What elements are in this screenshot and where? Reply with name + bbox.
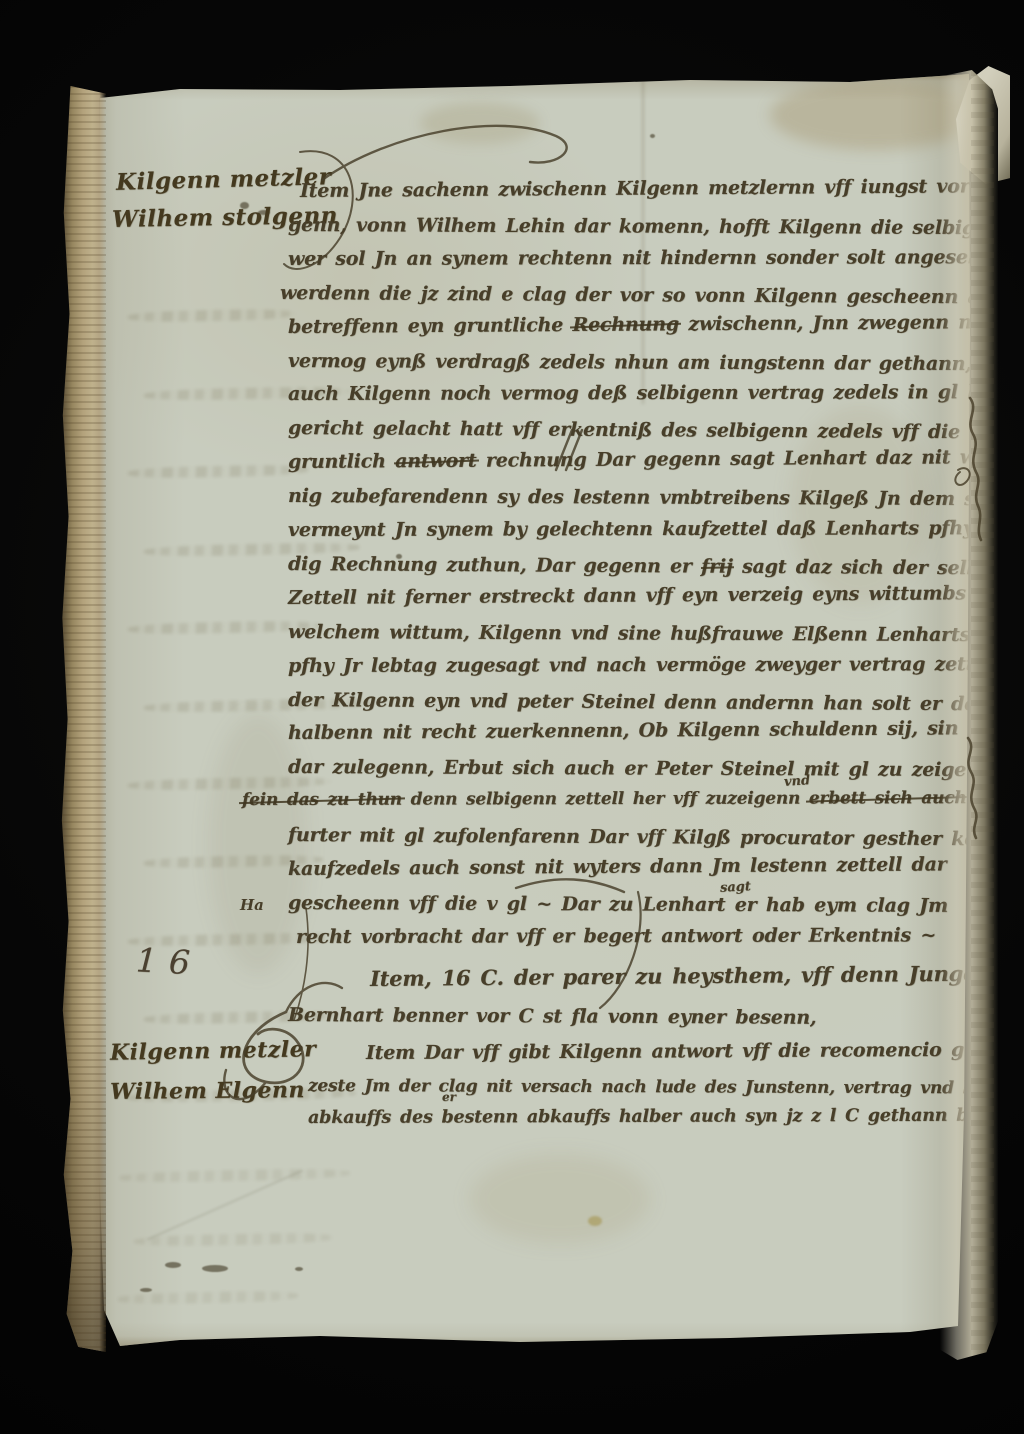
- ink-smudge: [140, 1288, 152, 1292]
- manuscript-line: gruntlich antwort rechnung Dar gegenn sa…: [288, 446, 970, 473]
- manuscript-line: dar zulegenn, Erbut sich auch er Peter S…: [288, 756, 970, 781]
- margin-number: 16: [135, 940, 203, 982]
- struck-word: frij: [701, 555, 733, 577]
- manuscript-line: genn, vonn Wilhem Lehin dar komenn, hoff…: [288, 214, 970, 239]
- interlinear-insertion: er: [442, 1090, 456, 1104]
- manuscript-line: vermog eynß verdragß zedels nhun am iung…: [288, 350, 970, 375]
- paper-stain: [588, 1216, 602, 1226]
- manuscript-line: kaufzedels auch sonst nit wyters dann Jm…: [288, 853, 947, 880]
- margin-note-bottom-line2: Wilhem Elgenn: [110, 1077, 305, 1105]
- paper-stain: [420, 102, 540, 144]
- ink-smudge: [165, 1262, 181, 1268]
- page-fore-edge: [940, 70, 998, 1360]
- paper-stain: [470, 1154, 650, 1244]
- manuscript-line: nig zubefarendenn sy des lestenn vmbtrei…: [288, 485, 970, 510]
- margin-note-bottom-line1: Kilgenn metzler: [110, 1036, 317, 1066]
- manuscript-line: betreffenn eyn gruntliche Rechnung zwisc…: [288, 311, 970, 338]
- ink-smudge: [202, 1265, 228, 1272]
- manuscript-line: auch Kilgenn noch vermog deß selbigenn v…: [288, 381, 970, 405]
- manuscript-line: abkauffs des bestenn abkauffs halber auc…: [308, 1106, 970, 1128]
- manuscript-page: Kilgenn metzler Wilhem stolgenn Ha 16 Ki…: [90, 74, 970, 1346]
- manuscript-line: gescheenn vff die v gl ~ Dar zu Lenhart …: [288, 892, 948, 917]
- interlinear-insertion: vnd: [784, 773, 811, 790]
- ink-smudge: [650, 134, 655, 138]
- manuscript-line: Bernhart benner vor C st fla vonn eyner …: [288, 1004, 816, 1029]
- struck-word: fein das zu thun: [242, 790, 402, 810]
- bleedthrough-strip: [134, 1232, 334, 1247]
- manuscript-line: Item Dar vff gibt Kilgenn antwort vff di…: [366, 1039, 970, 1064]
- manuscript-line: fein das zu thun denn selbigenn zettell …: [242, 788, 970, 810]
- manuscript-line: pfhy Jr lebtag zugesagt vnd nach vermöge…: [288, 653, 970, 677]
- manuscript-line: dig Rechnung zuthun, Dar gegenn er frij …: [288, 553, 970, 579]
- margin-mark-ha: Ha: [240, 896, 264, 914]
- manuscript-line: werdenn die jz zind e clag der vor so vo…: [280, 282, 970, 308]
- manuscript-line: wer sol Jn an synem rechtenn nit hindern…: [288, 246, 970, 270]
- struck-word: antwort: [395, 450, 476, 473]
- manuscript-line: welchem wittum, Kilgenn vnd sine hußfrau…: [288, 621, 970, 646]
- manuscript-line: der Kilgenn eyn vnd peter Steinel denn a…: [288, 689, 970, 715]
- manuscript-line: recht vorbracht dar vff er begert antwor…: [296, 924, 936, 948]
- manuscript-line: Item Jne sachenn zwischenn Kilgenn metzl…: [300, 175, 970, 202]
- manuscript-line: vermeynt Jn synem by gelechtenn kaufzett…: [288, 517, 970, 541]
- bleedthrough-strip: [128, 308, 296, 323]
- bleedthrough-strip: [118, 1290, 298, 1305]
- manuscript-line: halbenn nit recht zuerkennenn, Ob Kilgen…: [288, 717, 970, 744]
- bleedthrough-strip: [128, 464, 308, 479]
- manuscript-line: furter mit gl zufolenfarenn Dar vff Kilg…: [288, 824, 970, 850]
- struck-word: Rechnung: [572, 313, 679, 336]
- book-page-stack-edge: [58, 86, 106, 1352]
- interlinear-insertion: sagt: [720, 879, 752, 896]
- bleedthrough-strip: [120, 1168, 350, 1184]
- manuscript-line: Item, 16 C. der parer zu heysthem, vff d…: [370, 960, 970, 991]
- manuscript-photo: Kilgenn metzler Wilhem stolgenn Ha 16 Ki…: [0, 0, 1024, 1434]
- manuscript-line: gericht gelacht hatt vff erkentniß des s…: [288, 417, 960, 443]
- ink-smudge: [295, 1267, 303, 1271]
- manuscript-line: Zettell nit ferner erstreckt dann vff ey…: [288, 582, 966, 609]
- manuscript-line: zeste Jm der clag nit versach nach lude …: [308, 1076, 970, 1098]
